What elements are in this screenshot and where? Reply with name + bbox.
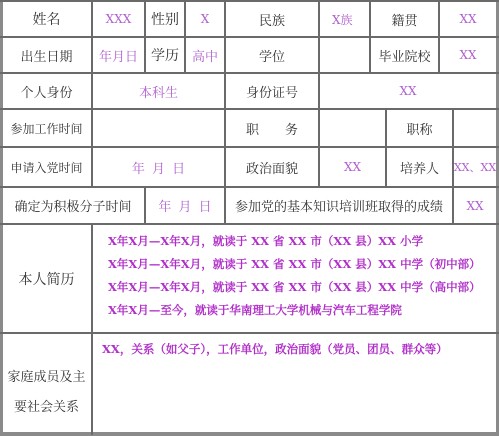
name-label: 姓名 — [2, 2, 91, 36]
birth-date-label: 出生日期 — [2, 38, 91, 72]
education-label: 学历 — [146, 38, 184, 72]
resume-entry: X年X月—X年X月，就读于 XX 省 XX 市（XX 县）XX 小学 — [108, 230, 493, 253]
resume-entry: X年X月—X年X月，就读于 XX 省 XX 市（XX 县）XX 中学（初中部） — [108, 253, 493, 276]
activist-date-label: 确定为积极分子时间 — [2, 188, 144, 223]
native-place-label: 籍贯 — [371, 2, 438, 36]
apply-date-field[interactable]: 年 月 日 — [93, 148, 224, 186]
title-field[interactable] — [454, 110, 496, 146]
resume-field[interactable]: X年X月—X年X月，就读于 XX 省 XX 市（XX 县）XX 小学 X年X月—… — [108, 230, 493, 322]
ethnicity-label: 民族 — [226, 2, 318, 36]
resume-entry: X年X月—至今，就读于华南理工大学机械与汽车工程学院 — [108, 299, 493, 322]
sponsor-label: 培养人 — [387, 148, 452, 186]
resume-entry: X年X月—X年X月，就读于 XX 省 XX 市（XX 县）XX 中学（高中部） — [108, 276, 493, 299]
col-divider — [91, 223, 93, 435]
identity-field[interactable]: 本科生 — [93, 74, 224, 108]
gender-field[interactable]: X — [186, 2, 224, 36]
position-label: 职 务 — [226, 110, 318, 146]
birth-date-field[interactable]: 年月日 — [93, 38, 144, 72]
political-status-label: 政治面貌 — [226, 148, 318, 186]
training-result-label: 参加党的基本知识培训班取得的成绩 — [226, 188, 452, 223]
party-application-form: 姓名 XXX 性别 X 民族 X族 籍贯 XX 出生日期 年月日 学历 高中 学… — [0, 0, 499, 436]
native-place-field[interactable]: XX — [440, 2, 496, 36]
family-field[interactable]: XX，关系（如父子），工作单位，政治面貌（党员、团员、群众等） — [102, 341, 448, 357]
id-number-label: 身份证号 — [226, 74, 318, 108]
table-border-bottom — [0, 432, 499, 436]
degree-label: 学位 — [226, 38, 318, 72]
work-start-label: 参加工作时间 — [2, 110, 91, 146]
activist-date-field[interactable]: 年 月 日 — [146, 188, 224, 223]
id-number-field[interactable]: XX — [320, 74, 496, 108]
family-label-line2: 要社会关系 — [14, 393, 79, 423]
family-label-line1: 家庭成员及主 — [7, 363, 85, 393]
resume-label: 本人简历 — [2, 225, 91, 332]
family-label: 家庭成员及主 要社会关系 — [2, 334, 91, 432]
education-field[interactable]: 高中 — [186, 38, 224, 72]
name-field[interactable]: XXX — [93, 2, 144, 36]
training-result-field[interactable]: XX — [454, 188, 496, 223]
work-start-field[interactable] — [93, 110, 224, 146]
position-field[interactable] — [320, 110, 385, 146]
school-field[interactable]: XX — [440, 38, 496, 72]
degree-field[interactable] — [320, 38, 369, 72]
gender-label: 性别 — [146, 2, 184, 36]
political-status-field[interactable]: XX — [320, 148, 385, 186]
school-label: 毕业院校 — [371, 38, 438, 72]
identity-label: 个人身份 — [2, 74, 91, 108]
sponsor-field[interactable]: XX、XX — [454, 148, 496, 186]
title-label: 职称 — [387, 110, 452, 146]
apply-date-label: 申请入党时间 — [2, 148, 91, 186]
